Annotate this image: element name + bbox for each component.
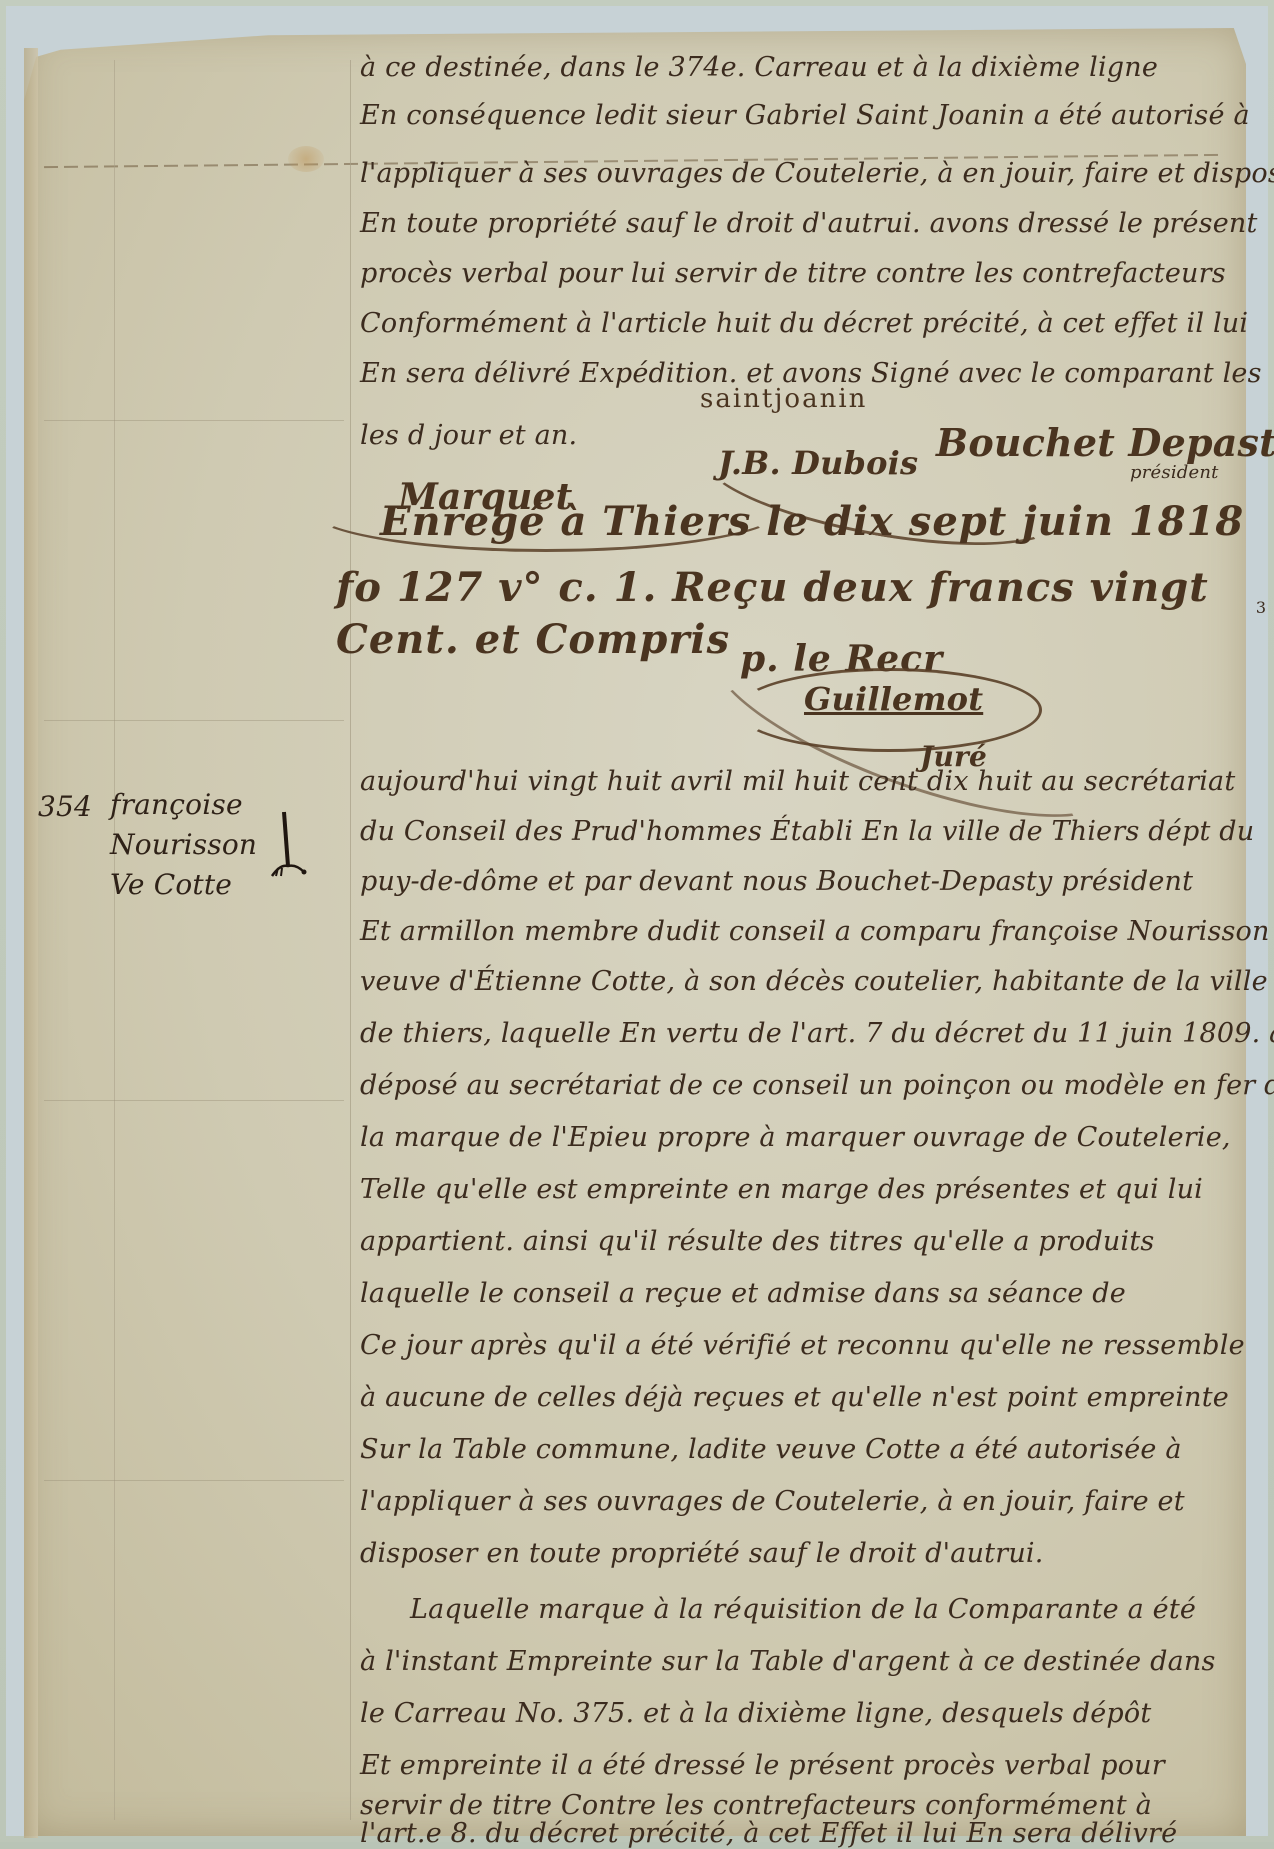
text-line: à aucune de celles déjà reçues et qu'ell… [360,1382,1229,1413]
photo-frame: 3 à ce destinée, dans le 374e. Carreau e… [0,0,1274,1842]
entry-number: 354 [38,790,92,823]
text-line: à ce destinée, dans le 374e. Carreau et … [360,52,1158,83]
text-line: disposer en toute propriété sauf le droi… [360,1538,1044,1569]
text-line: aujourd'hui vingt huit avril mil huit ce… [360,766,1235,797]
spear-icon [268,810,308,880]
page-edge [24,48,38,1838]
text-line: procès verbal pour lui servir de titre c… [360,258,1226,289]
margin-ruled-line [44,420,344,421]
registration-line: Enregé à Thiers le dix sept juin 1818 [380,498,1244,545]
text-line: Et empreinte il a été dressé le présent … [360,1750,1165,1781]
text-line: Et armillon membre dudit conseil a compa… [360,916,1270,947]
margin-ruled-line [44,1100,344,1101]
margin-ruled-line [44,1480,344,1481]
registration-line: Cent. et Compris [336,616,730,663]
registration-line: fo 127 v° c. 1. Reçu deux francs vingt [336,564,1209,611]
text-line: Ce jour après qu'il a été vérifié et rec… [360,1330,1245,1361]
text-line: les d jour et an. [360,420,577,451]
signature-saintjoanin: saintjoanin [700,384,867,414]
text-line: l'appliquer à ses ouvrages de Coutelerie… [360,158,1274,189]
text-line: de thiers, laquelle En vertu de l'art. 7… [360,1018,1274,1049]
text-line: Conformément à l'article huit du décret … [360,308,1248,339]
text-line: la marque de l'Epieu propre à marquer ou… [360,1122,1231,1153]
text-line: laquelle le conseil a reçue et admise da… [360,1278,1126,1309]
folio-edge-mark: 3 [1256,598,1266,617]
text-line: du Conseil des Prud'hommes Établi En la … [360,816,1254,847]
text-line: puy-de-dôme et par devant nous Bouchet-D… [360,866,1193,897]
margin-ruled-line [44,720,344,721]
text-line: Sur la Table commune, ladite veuve Cotte… [360,1434,1182,1465]
text-line: le Carreau No. 375. et à la dixième lign… [360,1698,1151,1729]
margin-name-line: Nourisson [110,828,257,861]
text-line: En toute propriété sauf le droit d'autru… [360,208,1258,239]
president-title: président [1130,462,1219,483]
text-line: déposé au secrétariat de ce conseil un p… [360,1070,1274,1101]
text-line: l'appliquer à ses ouvrages de Coutelerie… [360,1486,1185,1517]
text-line: à l'instant Empreinte sur la Table d'arg… [360,1646,1216,1677]
text-line: appartient. ainsi qu'il résulte des titr… [360,1226,1154,1257]
signature-bouchet-depasty: Bouchet Depasty [936,420,1274,465]
text-line: Laquelle marque à la réquisition de la C… [410,1594,1196,1625]
text-line: En conséquence ledit sieur Gabriel Saint… [360,100,1250,131]
margin-name-line: Ve Cotte [110,868,232,901]
text-line: servir de titre Contre les contrefacteur… [360,1790,1152,1821]
margin-rule-outer [114,60,115,1820]
text-line: Telle qu'elle est empreinte en marge des… [360,1174,1203,1205]
margin-rule-inner [350,60,351,1820]
text-line: l'art.e 8. du décret précité, à cet Effe… [360,1818,1177,1842]
margin-name-line: françoise [110,788,243,821]
ink-stain [288,146,324,172]
text-line: veuve d'Étienne Cotte, à son décès coute… [360,966,1268,997]
